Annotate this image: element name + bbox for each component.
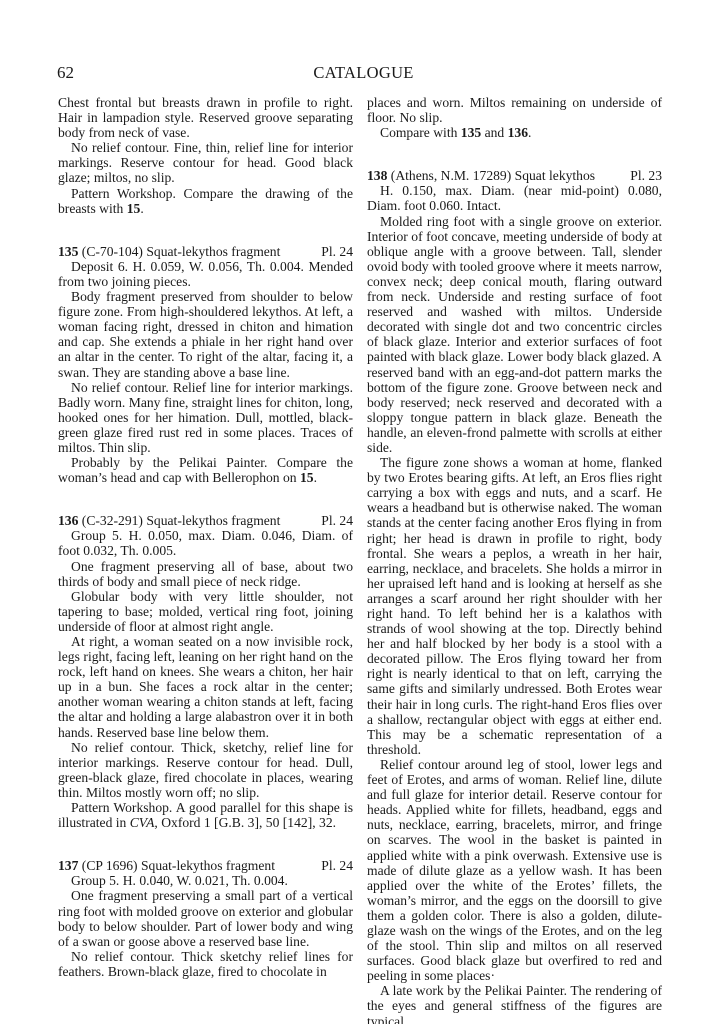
- paragraph: No relief contour. Thick sketchy relief …: [58, 949, 353, 979]
- cross-reference: 135: [461, 125, 481, 140]
- catalogue-entry-136: 136 (C-32-291) Squat-lekythos fragment P…: [58, 513, 353, 830]
- paragraph: At right, a woman seated on a now invisi…: [58, 634, 353, 740]
- attribution: Probably by the Pelikai Painter. Compare…: [58, 455, 353, 485]
- paragraph: Relief contour around leg of stool, lowe…: [367, 757, 662, 983]
- plate-reference: Pl. 24: [321, 513, 353, 528]
- entry-title: (C-32-291) Squat-lekythos fragment: [82, 513, 281, 528]
- paragraph: Pattern Workshop. Compare the drawing of…: [58, 186, 353, 216]
- plate-reference: Pl. 24: [321, 244, 353, 259]
- paragraph: A late work by the Pelikai Painter. The …: [367, 983, 662, 1024]
- paragraph: places and worn. Miltos remaining on und…: [367, 95, 662, 125]
- plate-reference: Pl. 23: [630, 168, 662, 183]
- paragraph: No relief contour. Fine, thin, relief li…: [58, 140, 353, 185]
- catalogue-entry-138: 138 (Athens, N.M. 17289) Squat lekythos …: [367, 168, 662, 1024]
- entry-heading: 138 (Athens, N.M. 17289) Squat lekythos …: [367, 168, 662, 183]
- right-column: places and worn. Miltos remaining on und…: [367, 95, 662, 1024]
- paragraph: Globular body with very little shoulder,…: [58, 589, 353, 634]
- entry-title: (C-70-104) Squat-lekythos fragment: [82, 244, 281, 259]
- catalogue-entry-137: 137 (CP 1696) Squat-lekythos fragment Pl…: [58, 858, 353, 979]
- entry-dimensions: Deposit 6. H. 0.059, W. 0.056, Th. 0.004…: [58, 259, 353, 289]
- attribution: Pattern Workshop. A good parallel for th…: [58, 800, 353, 830]
- cross-reference: 15: [300, 470, 314, 485]
- entry-title: (CP 1696) Squat-lekythos fragment: [82, 858, 275, 873]
- entry-heading: 136 (C-32-291) Squat-lekythos fragment P…: [58, 513, 353, 528]
- entry-number: 135: [58, 244, 78, 259]
- entry-number: 136: [58, 513, 78, 528]
- paragraph: No relief contour. Relief line for inter…: [58, 380, 353, 455]
- left-column: Chest frontal but breasts drawn in profi…: [58, 95, 353, 979]
- cross-reference: 136: [508, 125, 528, 140]
- paragraph: The figure zone shows a woman at home, f…: [367, 455, 662, 757]
- entry-heading: 137 (CP 1696) Squat-lekythos fragment Pl…: [58, 858, 353, 873]
- publication-title: CVA: [130, 815, 155, 830]
- cross-reference: 15: [127, 201, 141, 216]
- paragraph: Body fragment preserved from shoulder to…: [58, 289, 353, 380]
- paragraph: One fragment preserving a small part of …: [58, 888, 353, 948]
- compare-note: Compare with 135 and 136.: [367, 125, 662, 140]
- paragraph: Molded ring foot with a single groove on…: [367, 214, 662, 456]
- entry-number: 138: [367, 168, 387, 183]
- plate-reference: Pl. 24: [321, 858, 353, 873]
- entry-title: (Athens, N.M. 17289) Squat lekythos: [391, 168, 595, 183]
- entry-number: 137: [58, 858, 78, 873]
- paragraph: No relief contour. Thick, sketchy, relie…: [58, 740, 353, 800]
- running-head: CATALOGUE: [0, 63, 719, 83]
- catalogue-entry-135: 135 (C-70-104) Squat-lekythos fragment P…: [58, 244, 353, 486]
- paragraph: One fragment preserving all of base, abo…: [58, 559, 353, 589]
- entry-dimensions: Group 5. H. 0.050, max. Diam. 0.046, Dia…: [58, 528, 353, 558]
- entry-dimensions: Group 5. H. 0.040, W. 0.021, Th. 0.004.: [58, 873, 353, 888]
- entry-dimensions: H. 0.150, max. Diam. (near mid-point) 0.…: [367, 183, 662, 213]
- paragraph: Chest frontal but breasts drawn in profi…: [58, 95, 353, 140]
- entry-heading: 135 (C-70-104) Squat-lekythos fragment P…: [58, 244, 353, 259]
